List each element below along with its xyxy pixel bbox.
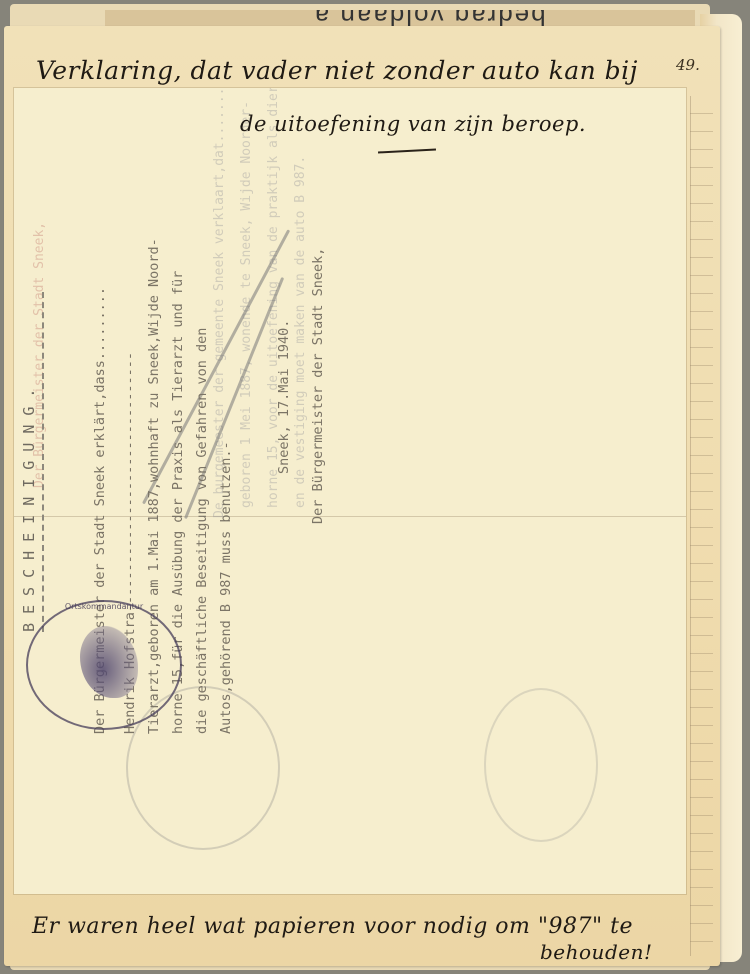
caption-top-line-2: de uitoefening van zijn beroep.	[240, 112, 586, 136]
eagle-stamp: Ortskommandantur	[26, 600, 182, 730]
certificate-line: die geschäftliche Beseitigung von Gefahr…	[194, 328, 210, 734]
caption-bottom-line-1: Er waren heel wat papieren voor nodig om…	[32, 914, 633, 939]
caption-top-line-1: Verklaring, dat vader niet zonder auto k…	[36, 56, 638, 85]
title-underline	[42, 292, 44, 632]
page-number: 49.	[676, 56, 700, 74]
certificate-title: BESCHEINIGUNG.	[20, 380, 38, 632]
certificate-document: De burgemeester der gemeente Sneek verkl…	[14, 88, 686, 894]
certificate-line: Autos,gehörend B 987 muss benutzen.-	[218, 441, 234, 734]
place-date: Sneek, 17.Mai 1940.	[276, 320, 292, 474]
stamp-text: Ortskommandantur	[28, 602, 180, 728]
signature-block: Der Bürgermeister der Stadt Sneek,	[310, 248, 326, 524]
ruled-margin	[690, 96, 713, 956]
mirrored-typed-text: BESCHEINIGUNG. Der Bürgermeister der Sta…	[14, 88, 686, 894]
caption-bottom-line-2: behouden!	[540, 940, 653, 964]
